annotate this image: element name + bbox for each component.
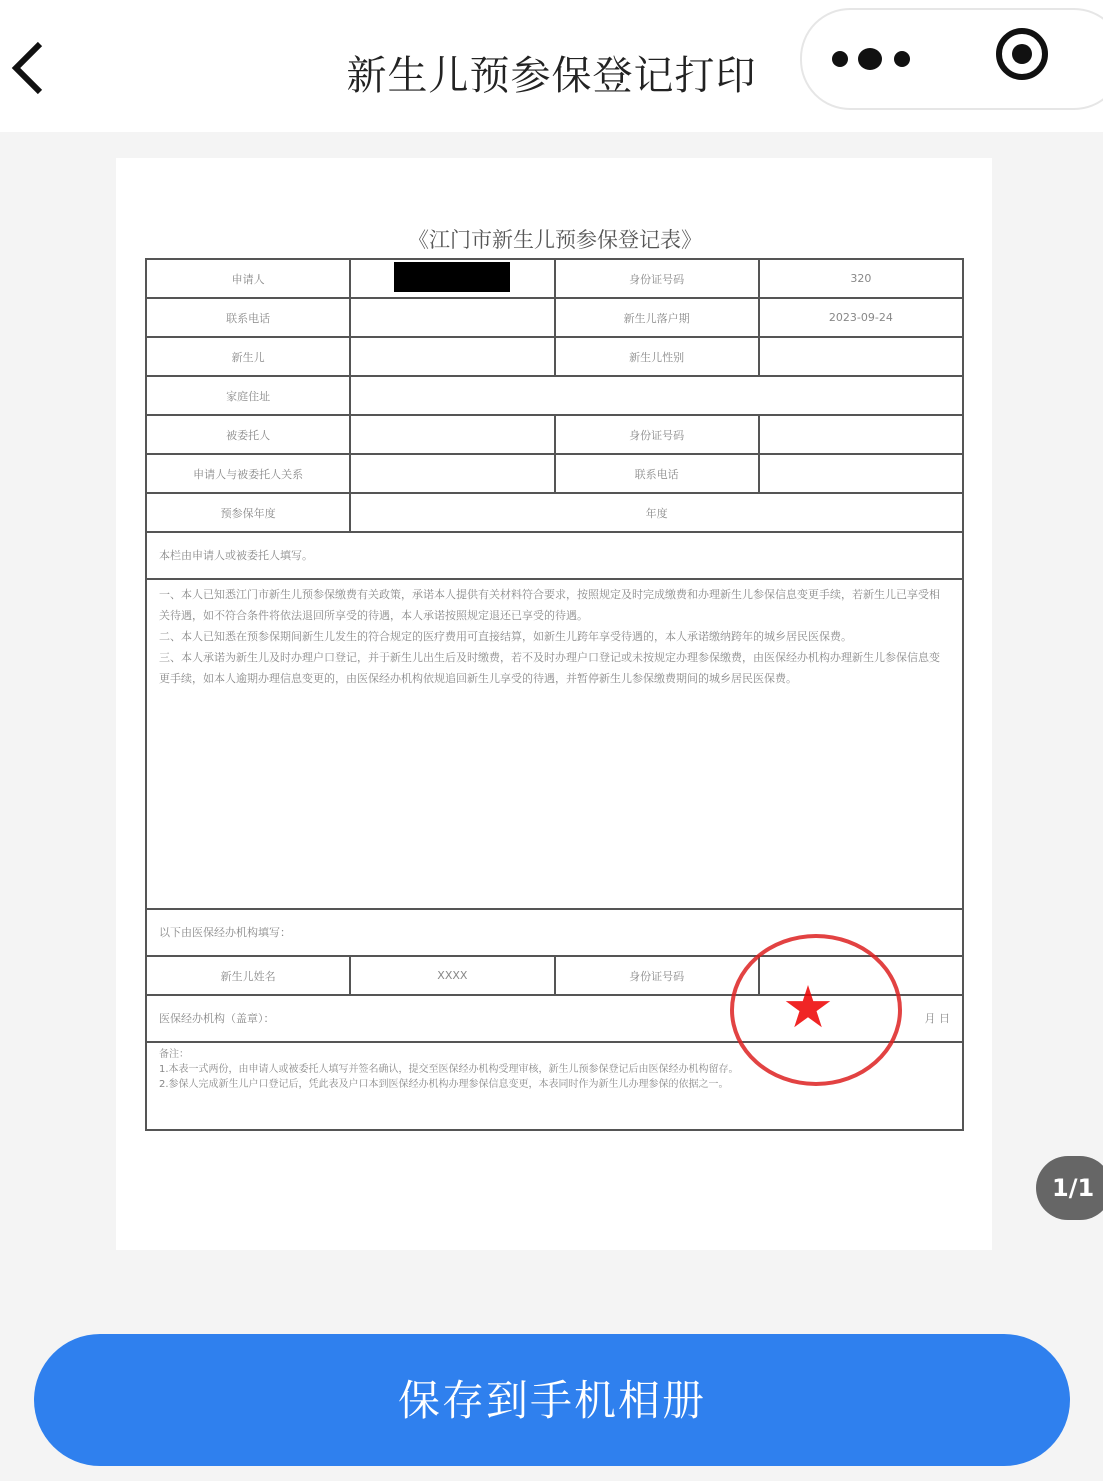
pledge-row: 一、本人已知悉江门市新生儿预参保缴费有关政策，承诺本人提供有关材料符合要求，按照… bbox=[146, 579, 963, 909]
save-to-album-button[interactable]: 保存到手机相册 bbox=[34, 1334, 1070, 1466]
pledge-item: 一、本人已知悉江门市新生儿预参保缴费有关政策，承诺本人提供有关材料符合要求，按照… bbox=[159, 584, 950, 626]
table-row: 家庭住址 bbox=[146, 376, 963, 415]
pledge-item: 三、本人承诺为新生儿及时办理户口登记，并于新生儿出生后及时缴费，若不及时办理户口… bbox=[159, 647, 950, 689]
pledge-heading-row: 本栏由申请人或被委托人填写。 bbox=[146, 532, 963, 579]
redacted-name bbox=[350, 259, 554, 298]
nav-bar: 新生儿预参保登记打印 bbox=[0, 0, 1103, 132]
pledge-item: 二、本人已知悉在预参保期间新生儿发生的符合规定的医疗费用可直接结算，如新生儿跨年… bbox=[159, 626, 950, 647]
more-dots-icon[interactable] bbox=[830, 48, 920, 68]
table-row: 申请人与被委托人关系 联系电话 bbox=[146, 454, 963, 493]
table-row: 联系电话 新生儿落户期 2023-09-24 bbox=[146, 298, 963, 337]
star-icon: ★ bbox=[782, 978, 834, 1036]
table-row: 被委托人 身份证号码 bbox=[146, 415, 963, 454]
official-seal: ★ bbox=[730, 934, 902, 1086]
table-row: 申请人 身份证号码 320 bbox=[146, 259, 963, 298]
document-title: 《江门市新生儿预参保登记表》 bbox=[140, 224, 970, 254]
page-indicator: 1/1 bbox=[1036, 1156, 1103, 1220]
target-circle-icon[interactable] bbox=[996, 28, 1048, 80]
table-row: 新生儿 新生儿性别 bbox=[146, 337, 963, 376]
table-row: 预参保年度 年度 bbox=[146, 493, 963, 532]
